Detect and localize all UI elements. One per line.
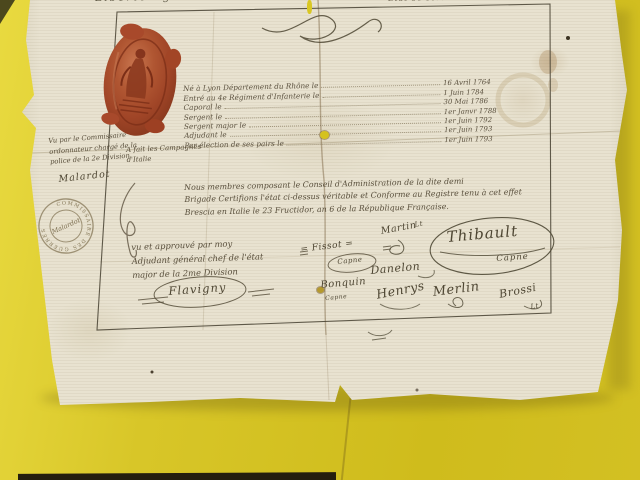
signature-bonquin: Bonquin xyxy=(320,276,367,291)
service-date: 1er Juin 1793 xyxy=(444,125,506,134)
approval-note: vu et approuvé par moy Adjudant général … xyxy=(131,234,300,282)
ink-speck-3 xyxy=(416,389,419,392)
flavigny-signature: Flavigny xyxy=(168,280,227,298)
signature-henrys: Henrys xyxy=(375,278,426,302)
signature-danelon: Danelon xyxy=(370,260,421,277)
header-right-script: État de services xyxy=(388,0,465,3)
dotted-leader xyxy=(287,141,441,146)
vertical-fold-lower xyxy=(326,335,329,400)
svg-text:COMMISSAIRE DES GUERRES: COMMISSAIRE DES GUERRES xyxy=(32,192,100,260)
service-date: 1er Janvr 1788 xyxy=(444,106,506,115)
seal-inner-ring xyxy=(109,36,171,128)
brown-stain-small xyxy=(548,78,558,92)
service-date: 16 Avril 1764 xyxy=(443,78,505,87)
signature-merlin: Merlin xyxy=(432,279,480,300)
stamp-ring-text: COMMISSAIRE DES GUERRES xyxy=(32,192,100,260)
brown-stain xyxy=(539,50,557,74)
service-record-table: Né à Lyon Département du Rhône le 16 Avr… xyxy=(183,77,506,150)
service-label: Sergent le xyxy=(184,112,223,122)
wax-seal xyxy=(98,21,185,140)
signature-brossi-title: Lt xyxy=(530,302,539,311)
martin-paraph xyxy=(390,240,404,254)
signature-martin: Martin xyxy=(380,220,417,237)
signature-thibault-title: Capne xyxy=(496,252,529,264)
signature-fissot: = Fissot = xyxy=(300,239,354,255)
dark-corner xyxy=(0,0,15,24)
commissaire-stamp: COMMISSAIRE DES GUERRES Malardot xyxy=(30,190,101,261)
paper-hole-fold xyxy=(320,131,329,139)
signature-thibault: Thibault xyxy=(446,222,519,246)
signature-martin-title: Lt xyxy=(414,220,424,229)
signature-bonquin-title: Capne xyxy=(325,293,347,302)
service-label: Caporal le xyxy=(183,102,221,112)
ink-speck-2 xyxy=(151,371,154,374)
below-frame-squiggle xyxy=(368,330,392,340)
header-left-script: Liberté Égalité xyxy=(95,0,205,4)
service-label: Adjudant le xyxy=(184,130,227,140)
service-date: 1er Juin 1792 xyxy=(444,116,506,125)
stamp-center-text: Malardot xyxy=(50,216,82,236)
paper-hole-lower xyxy=(317,287,324,293)
service-date: 1er Juin 1793 xyxy=(444,134,506,143)
merlin-paraph xyxy=(448,298,463,308)
service-date: 1 Juin 1784 xyxy=(443,87,505,96)
paper-tear-top xyxy=(307,0,312,14)
service-label: Sergent major le xyxy=(184,121,246,131)
calligraphy-flourish xyxy=(262,16,381,43)
signature-fissot-title: Capne xyxy=(337,255,363,266)
malardot-signature: Malardot xyxy=(58,169,111,185)
service-date: 30 Mai 1786 xyxy=(443,97,505,106)
seal-figure-head xyxy=(135,48,146,59)
seal-figure-body xyxy=(125,58,150,99)
signature-brossi: Brossi xyxy=(498,281,538,301)
seal-pedestal xyxy=(118,100,152,114)
henrys-tail xyxy=(380,304,420,309)
thibault-oval xyxy=(428,213,556,280)
ink-speck-1 xyxy=(566,36,570,40)
certificate-paragraph: Nous membres composant le Conseil d'Admi… xyxy=(184,174,557,220)
thibault-underline xyxy=(440,248,545,255)
table-edge-strip xyxy=(18,472,336,480)
photo-of-document: COMMISSAIRE DES GUERRES Malardot Liberté… xyxy=(0,0,640,480)
